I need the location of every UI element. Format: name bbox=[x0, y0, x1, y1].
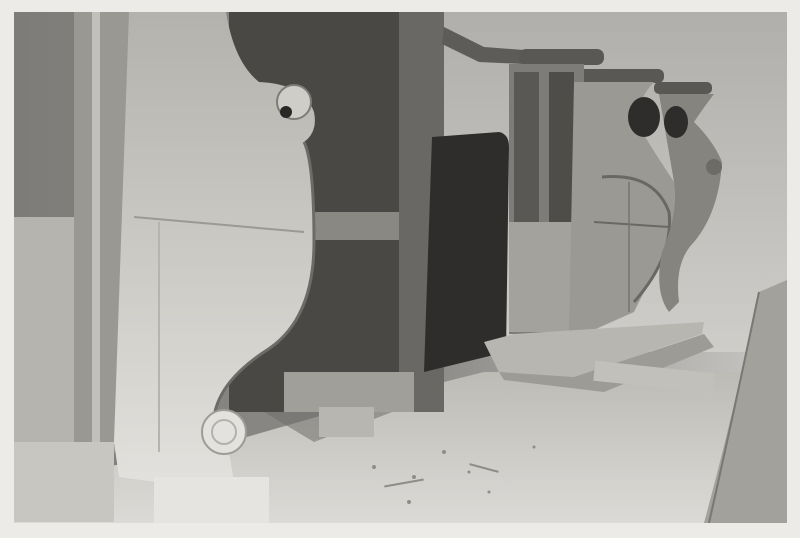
left-base bbox=[14, 442, 114, 522]
armrest-cap-2 bbox=[574, 69, 664, 83]
pews-scene bbox=[14, 12, 787, 523]
scroll-bottom bbox=[202, 410, 246, 454]
photo-border bbox=[0, 0, 800, 538]
base-block bbox=[154, 477, 269, 523]
photograph bbox=[14, 12, 787, 523]
dark-cabinet bbox=[424, 132, 509, 372]
pew-kneeler bbox=[284, 372, 414, 412]
wood-block bbox=[319, 407, 374, 437]
armrest-cap-1 bbox=[519, 49, 604, 65]
